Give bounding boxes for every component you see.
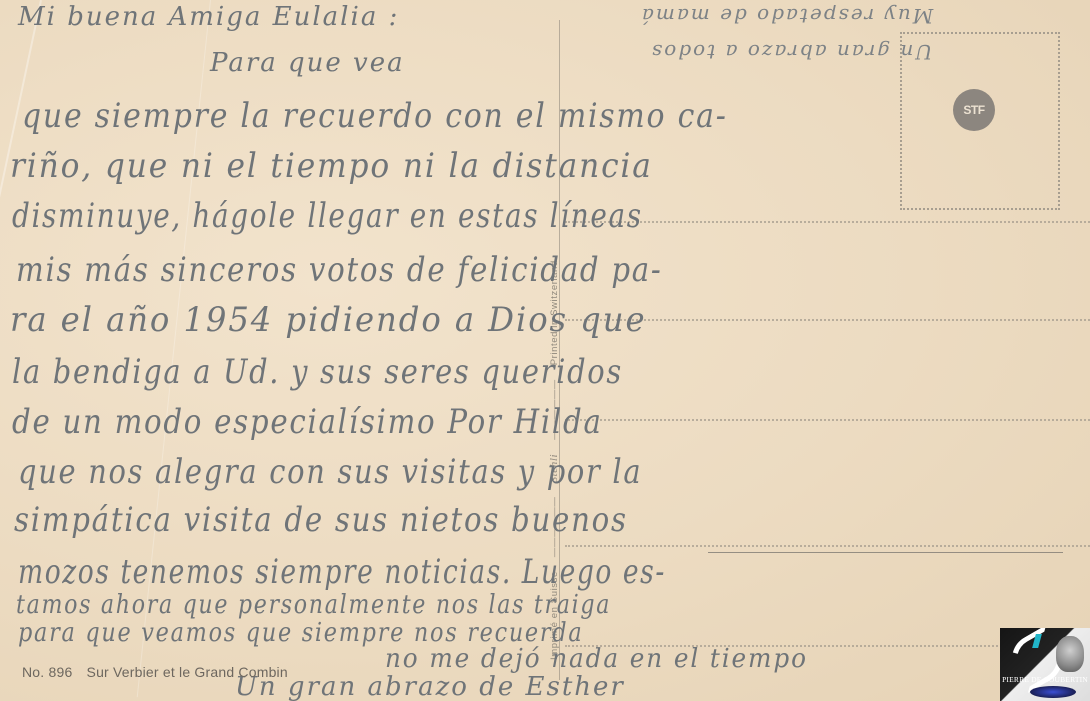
greeting-line: Mi buena Amiga Eulalia : bbox=[18, 2, 399, 32]
handwritten-line: de un modo especialísimo Por Hilda bbox=[12, 402, 603, 442]
postcard-back: Imprimé en Suisse —————— Stehli —————— P… bbox=[0, 0, 1090, 701]
address-line bbox=[565, 545, 1090, 547]
handwritten-line: disminuye, hágole llegar en estas líneas bbox=[12, 196, 643, 236]
handwritten-line: mis más sinceros votos de felicidad pa- bbox=[16, 250, 663, 290]
caption-number: No. 896 bbox=[22, 664, 72, 680]
address-line bbox=[565, 221, 1090, 223]
handwritten-line: la bendiga a Ud. y sus seres queridos bbox=[12, 352, 623, 392]
caption-title: Sur Verbier et le Grand Combin bbox=[87, 664, 288, 680]
handwritten-line: Para que vea bbox=[210, 48, 405, 78]
handwritten-line: que nos alegra con sus visitas y por la bbox=[18, 452, 642, 492]
portrait-icon bbox=[1056, 636, 1084, 672]
handwritten-line: ra el año 1954 pidiendo a Dios que bbox=[10, 300, 646, 340]
pedestal-icon bbox=[1030, 686, 1076, 698]
postcard-caption: No. 896 Sur Verbier et le Grand Combin bbox=[22, 664, 298, 680]
upside-down-note-line: Un gran abrazo a todos bbox=[650, 40, 932, 64]
upside-down-note-line: Muy respetado de mamá bbox=[640, 4, 933, 28]
publisher-logo-icon: STF bbox=[953, 89, 995, 131]
handwritten-line: no me dejó nada en el tiempo bbox=[385, 644, 808, 674]
handwritten-line: riño, que ni el tiempo ni la distancia bbox=[10, 146, 653, 186]
pierre-de-coubertin-logo: PIERRE DE COUBERTIN bbox=[1000, 628, 1090, 701]
handwritten-line: mozos tenemos siempre noticias. Luego es… bbox=[18, 552, 666, 592]
handwritten-line: simpática visita de sus nietos buenos bbox=[14, 500, 628, 540]
handwritten-line: que siempre la recuerdo con el mismo ca- bbox=[22, 96, 728, 136]
watermark-label: PIERRE DE COUBERTIN bbox=[1000, 675, 1090, 684]
address-line bbox=[565, 419, 1090, 421]
underline-stroke bbox=[708, 552, 1063, 553]
handwritten-line: tamos ahora que personalmente nos las tr… bbox=[16, 590, 611, 620]
